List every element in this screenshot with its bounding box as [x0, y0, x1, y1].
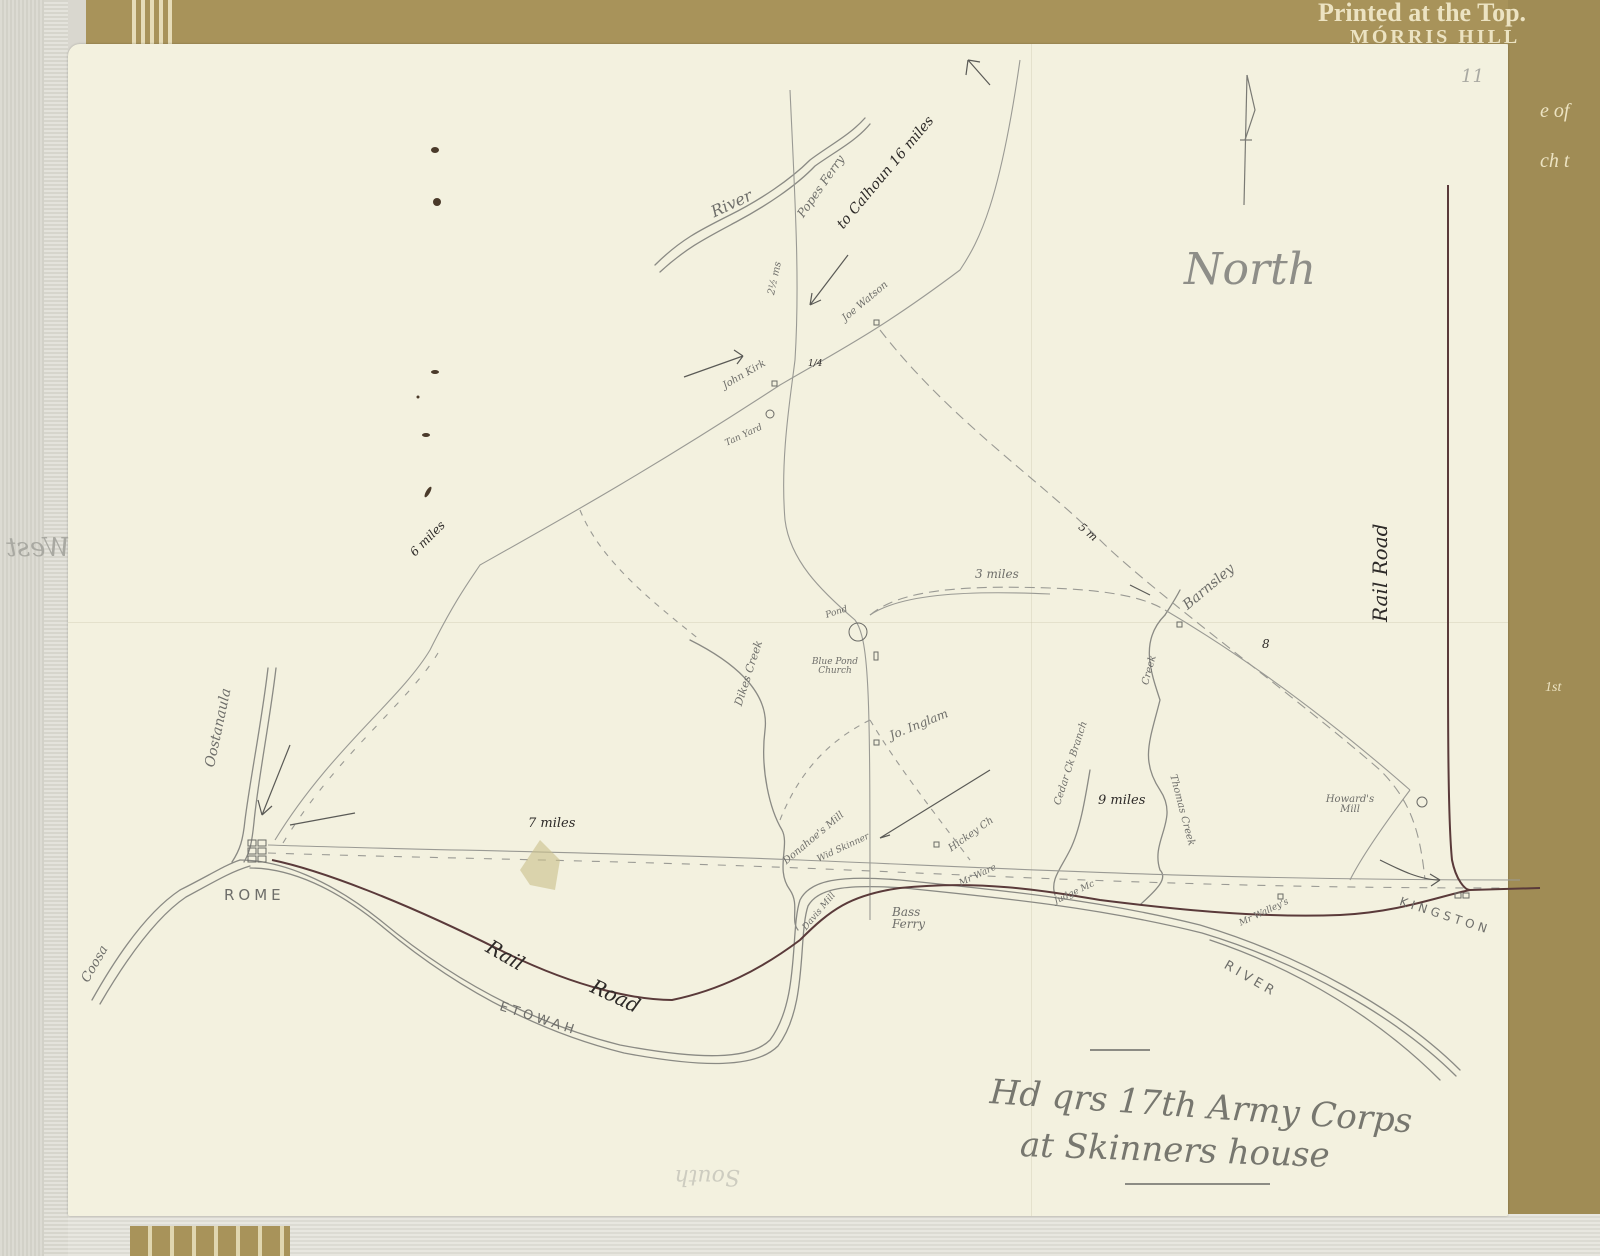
label-8-miles: 8	[1262, 638, 1270, 650]
place-howards-mill: Howard's Mill	[1320, 795, 1380, 815]
place-rome: ROME	[224, 888, 285, 903]
river-north	[655, 118, 870, 272]
label-3-miles: 3 miles	[975, 568, 1019, 580]
label-9-miles: 9 miles	[1098, 794, 1145, 807]
caption-line-2: at Skinners house	[1019, 1128, 1330, 1173]
river-oostanaula	[232, 668, 276, 862]
label-7-miles: 7 miles	[528, 817, 575, 830]
label-quarter-mile: 1/4	[808, 360, 822, 369]
south-label: South	[675, 1165, 741, 1187]
movement-arrows	[258, 60, 1440, 886]
river-coosa	[92, 860, 250, 1004]
river-etowah	[240, 860, 1460, 1080]
west-label: West	[6, 535, 70, 561]
archival-scan: Printed at the Top. MÓRRIS HILL e of ch …	[0, 0, 1600, 1256]
place-bass-ferry: Bass Ferry	[892, 906, 952, 930]
north-arrow-icon	[1240, 75, 1255, 205]
north-label: North	[1184, 248, 1316, 292]
place-blue-pond-church: Blue Pond Church	[800, 658, 870, 676]
ink-blots	[417, 147, 442, 498]
settlement-markers	[248, 320, 1469, 899]
roads	[268, 60, 1520, 920]
water-stain	[520, 840, 560, 890]
label-railroad-vertical: Rail Road	[1370, 524, 1390, 622]
page-number: 11	[1461, 68, 1484, 86]
map-linework	[0, 0, 1600, 1256]
